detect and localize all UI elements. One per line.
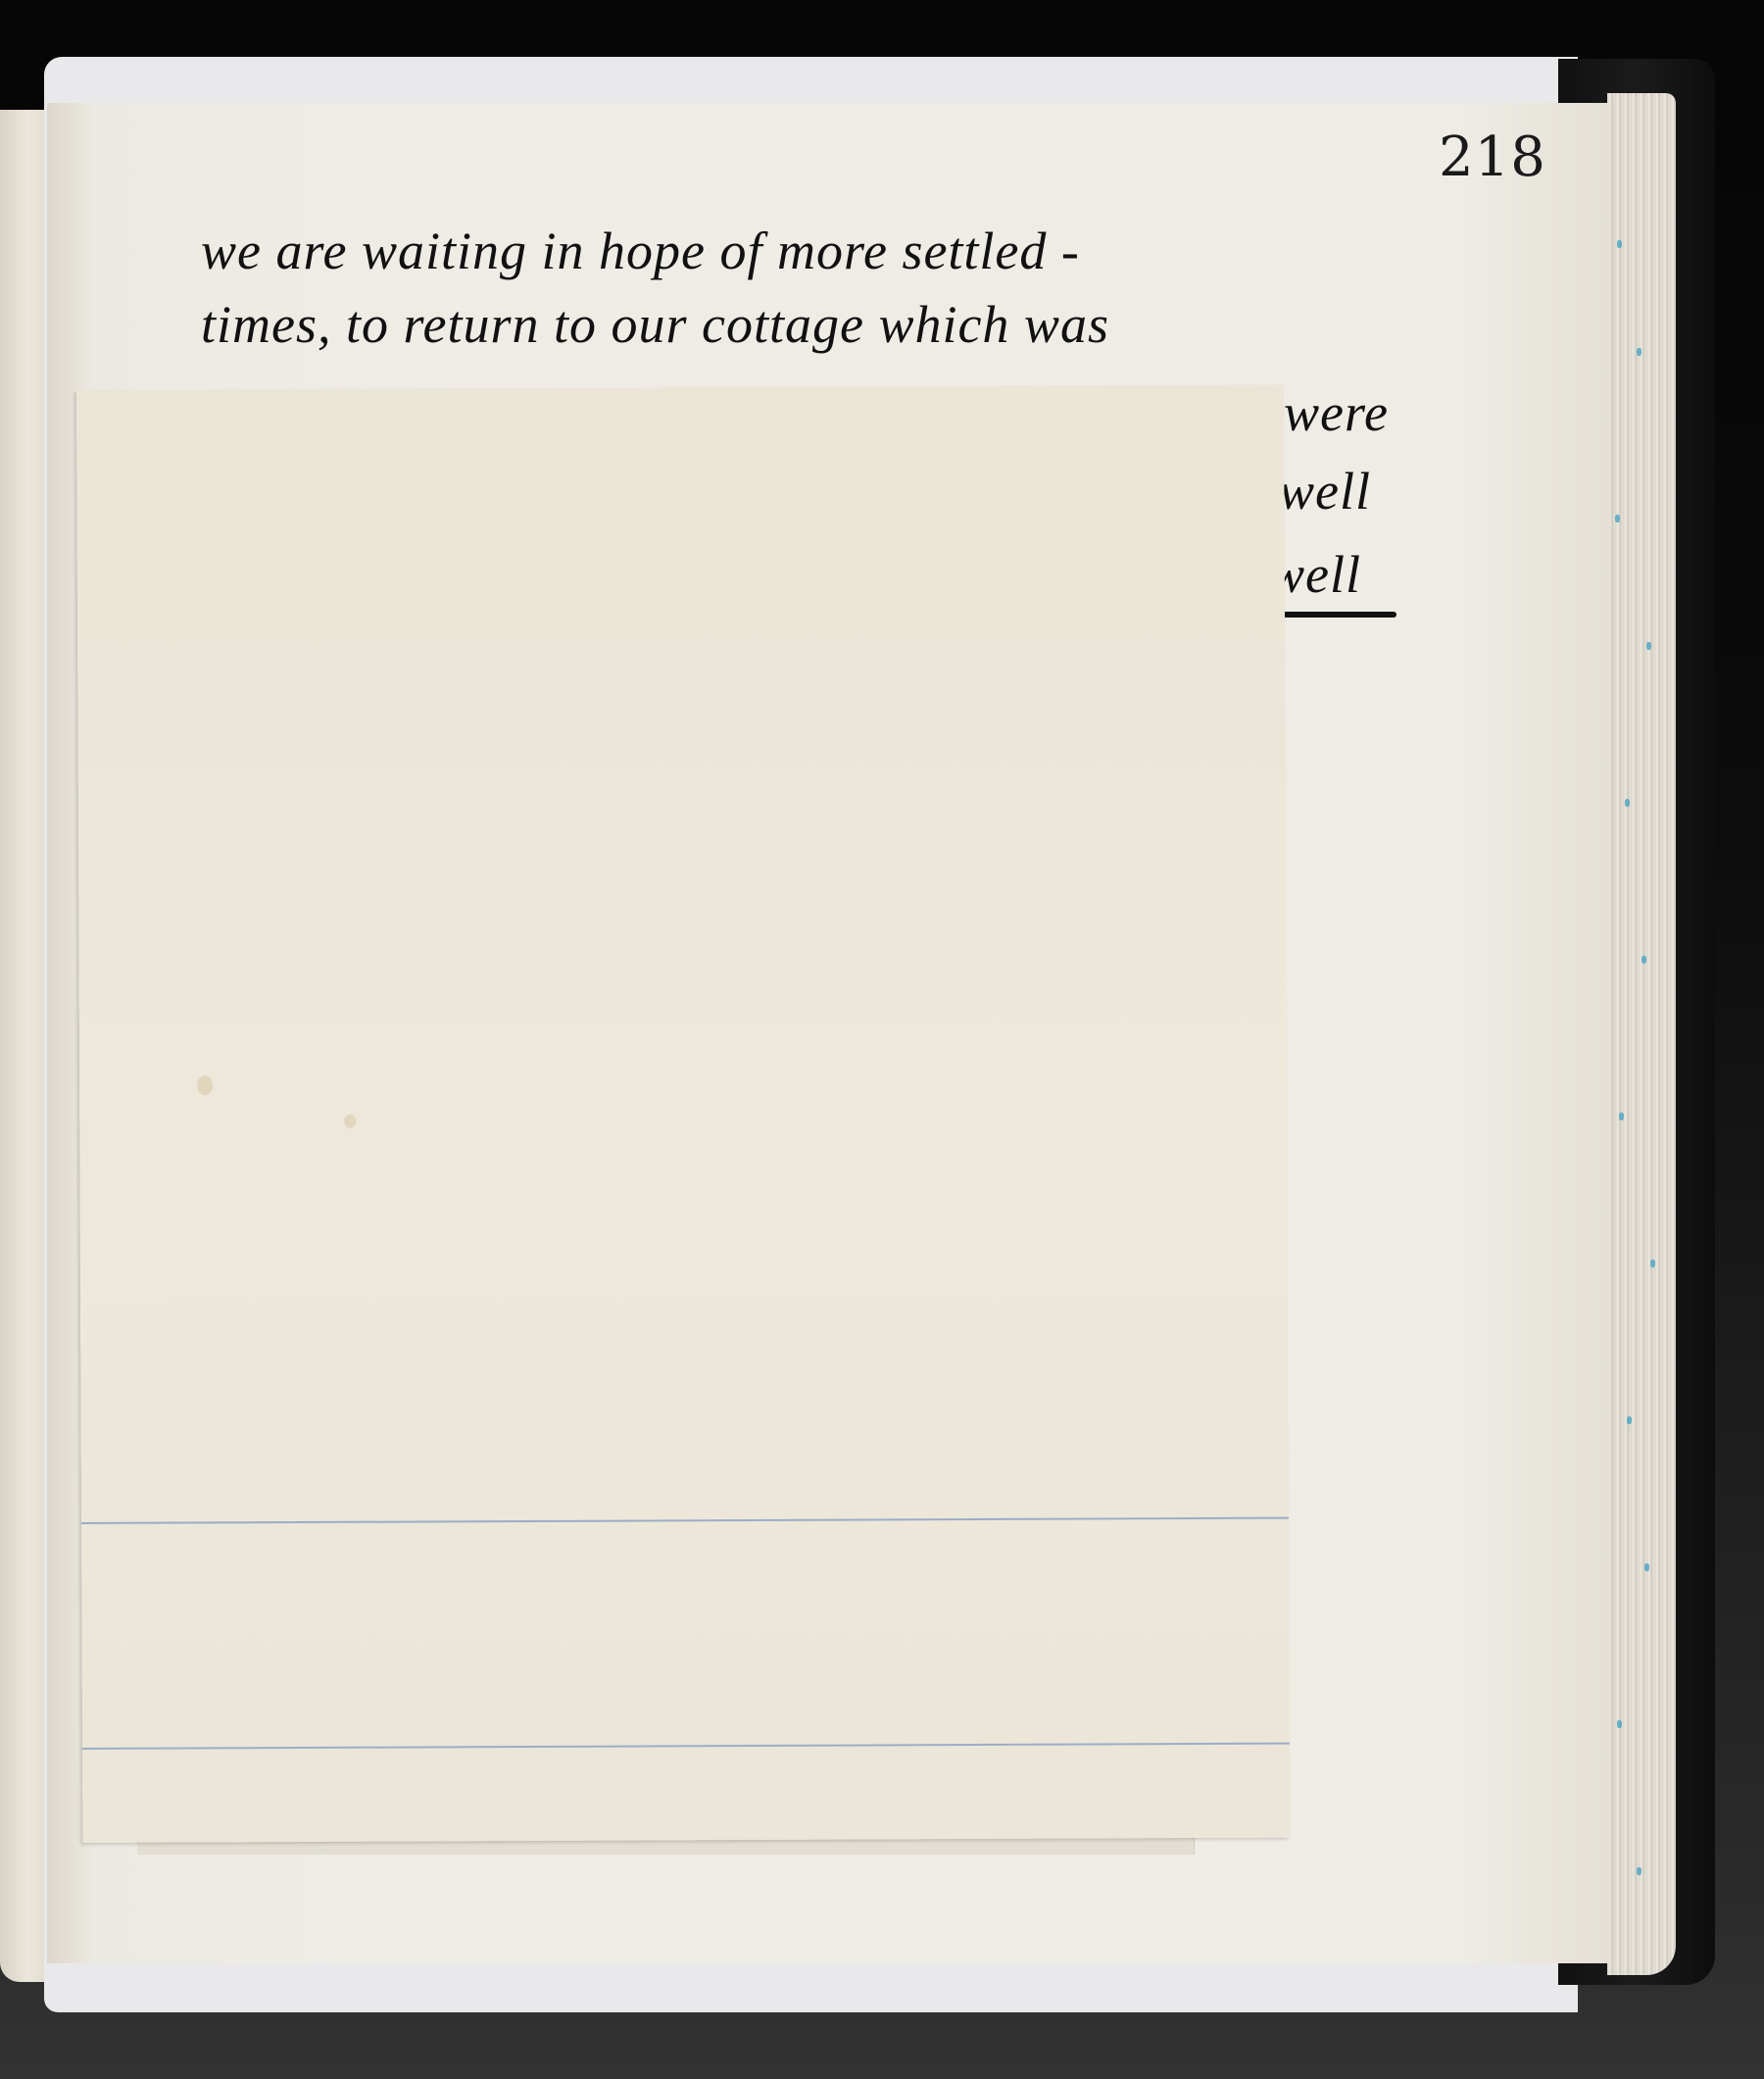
- handwriting-line-1: we are waiting in hope of more settled -: [201, 221, 1080, 281]
- ruled-line-lower: [82, 1743, 1290, 1750]
- speckle: [1617, 240, 1622, 248]
- speckle: [1646, 642, 1651, 650]
- speckle: [1625, 799, 1630, 807]
- speckle: [1617, 1720, 1622, 1728]
- speckle: [1627, 1416, 1632, 1424]
- handwriting-line-2: times, to return to our cottage which wa…: [201, 294, 1109, 355]
- speckle: [1619, 1113, 1624, 1120]
- handwriting-line-4-fragment: were: [1284, 382, 1389, 443]
- speckle: [1641, 956, 1646, 964]
- page-fore-edge: [1607, 93, 1676, 1975]
- stain: [344, 1114, 356, 1128]
- tipped-in-insert-sheet: [76, 385, 1290, 1843]
- handwriting-line-5-fragment: well: [1279, 461, 1371, 521]
- ruled-line-upper: [81, 1517, 1289, 1524]
- speckle: [1644, 1563, 1649, 1571]
- facing-left-page: [0, 110, 47, 1982]
- speckle: [1637, 348, 1641, 356]
- speckle: [1650, 1260, 1655, 1267]
- speckle: [1615, 515, 1620, 522]
- stain: [197, 1075, 213, 1095]
- page-number: 218: [1439, 125, 1546, 189]
- speckle: [1637, 1867, 1641, 1875]
